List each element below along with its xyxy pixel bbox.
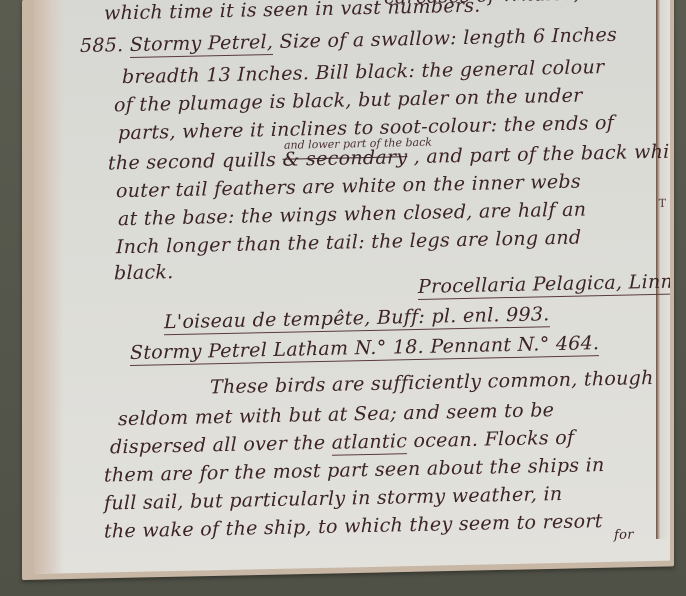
synonym-buffon: L'oiseau de tempête, Buff: pl. enl. 993. (164, 303, 550, 333)
manuscript-page: T & are more which time it is seen in va… (34, 0, 670, 574)
text-line-6: outer tail feathers are white on the inn… (116, 171, 581, 203)
text-line-0-right: carcases of Whales, &c. about (384, 0, 670, 9)
synonym-buffon-text: L'oiseau de tempête, Buff: pl. enl. 993. (164, 303, 550, 335)
place-name-atlantic: atlantic (332, 430, 407, 456)
struck-text: & secondary (283, 146, 408, 171)
synonym-linnaeus: Procellaria Pelagica, Linn. (418, 270, 670, 297)
narrative-line-3-a: dispersed all over the (110, 432, 325, 459)
text-line-5-start: the second quills (108, 149, 276, 175)
text-line-3: of the plumage is black, but paler on th… (114, 85, 583, 117)
catchword: for (614, 527, 634, 542)
entry-number: 585. (80, 34, 124, 57)
synonym-latham-pennant-text: Stormy Petrel Latham N.° 18. Pennant N.°… (130, 332, 599, 366)
text-line-9: black. (114, 261, 174, 284)
text-line-8: Inch longer than the tail: the legs are … (116, 227, 581, 259)
narrative-line-2: seldom met with but at Sea; and seem to … (118, 399, 554, 430)
text-line-5-rest: , and part of the back white: and the (414, 138, 670, 168)
entry-heading: 585. Stormy Petrel, Size of a swallow: l… (80, 24, 617, 57)
synonym-linnaeus-text: Procellaria Pelagica, Linn. (418, 270, 670, 299)
facing-page-edge: T (656, 0, 670, 539)
text-line-7: at the base: the wings when closed, are … (118, 198, 586, 230)
narrative-line-4: them are for the most part seen about th… (104, 454, 605, 486)
entry-size-text: Size of a swallow: length 6 Inches (280, 24, 617, 53)
narrative-line-1: These birds are sufficiently common, tho… (210, 367, 654, 398)
text-line-2: breadth 13 Inches. Bill black: the gener… (122, 56, 604, 88)
facing-page-glyph: T (659, 197, 666, 210)
entry-title: Stormy Petrel, (130, 31, 273, 58)
narrative-line-3: dispersed all over the atlantic ocean. F… (110, 427, 574, 459)
narrative-line-5: full sail, but particularly in stormy we… (104, 483, 562, 515)
narrative-line-3-b: ocean. Flocks of (414, 427, 575, 452)
narrative-line-6: the wake of the ship, to which they seem… (104, 510, 603, 542)
synonym-latham-pennant: Stormy Petrel Latham N.° 18. Pennant N.°… (130, 332, 599, 364)
